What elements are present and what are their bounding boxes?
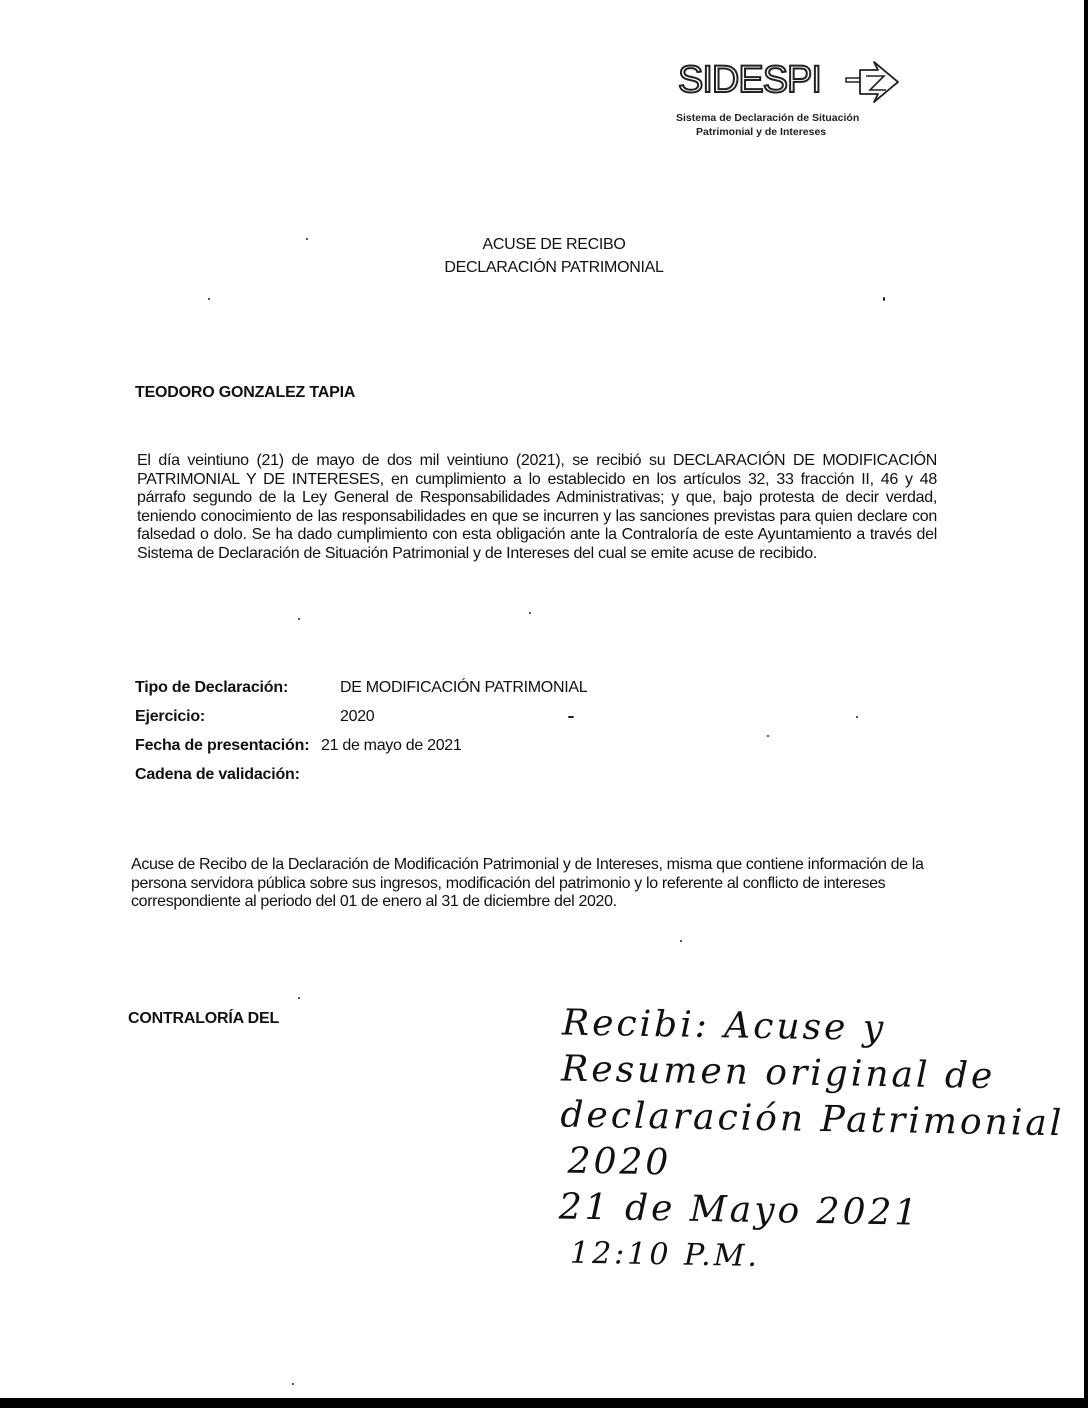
logo-wordmark: SIDESPI	[678, 58, 821, 102]
field-value: 21 de mayo de 2021	[321, 737, 462, 755]
scan-speck	[298, 997, 300, 999]
field-value: 2020	[340, 708, 374, 726]
field-value: DE MODIFICACIÓN PATRIMONIAL	[340, 679, 587, 697]
scan-border-right	[1084, 0, 1088, 1408]
logo-subtitle-line2: Patrimonial y de Intereses	[696, 126, 826, 138]
body-paragraph: El día veintiuno (21) de mayo de dos mil…	[137, 452, 937, 564]
logo-subtitle-line1: Sistema de Declaración de Situación	[676, 112, 859, 124]
arrow-right-icon	[844, 60, 900, 104]
scan-border-bottom	[0, 1398, 1088, 1408]
scan-speck	[306, 238, 308, 240]
scan-speck	[298, 618, 300, 620]
field-label: Fecha de presentación:	[135, 737, 309, 755]
scan-speck	[292, 1383, 294, 1385]
scan-speck	[208, 298, 210, 300]
document-title: ACUSE DE RECIBO	[12, 236, 1088, 254]
recipient-name: TEODORO GONZALEZ TAPIA	[135, 384, 355, 402]
handwritten-line: 12:10 P.M.	[558, 1230, 1079, 1285]
document-page: SIDESPI Sistema de Declaración de Situac…	[0, 0, 1084, 1398]
scan-speck	[883, 297, 885, 301]
handwritten-note: Recibi: Acuse y Resumen original de decl…	[558, 1000, 1083, 1285]
signature-block-label: CONTRALORÍA DEL	[128, 1010, 279, 1028]
scan-speck	[767, 735, 769, 737]
field-label: Cadena de validación:	[135, 766, 300, 784]
document-subtitle: DECLARACIÓN PATRIMONIAL	[12, 259, 1088, 277]
summary-paragraph: Acuse de Recibo de la Declaración de Mod…	[131, 856, 931, 912]
scan-speck	[680, 940, 682, 942]
scan-speck	[856, 716, 858, 718]
scan-speck	[568, 716, 574, 718]
field-label: Tipo de Declaración:	[135, 679, 288, 697]
sidespi-logo: SIDESPI Sistema de Declaración de Situac…	[672, 58, 912, 148]
scan-speck	[529, 612, 531, 614]
field-label: Ejercicio:	[135, 708, 205, 726]
